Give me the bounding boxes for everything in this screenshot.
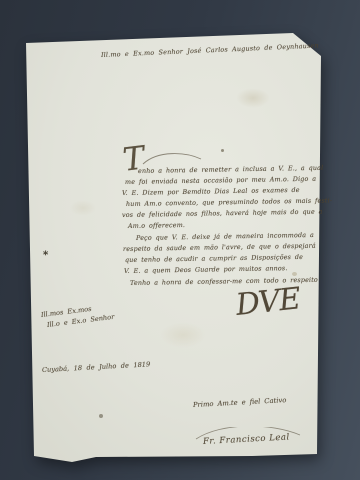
photographed-manuscript: Ill.mo e Ex.mo Senhor José Carlos August…	[0, 0, 360, 480]
foxing-stain	[236, 88, 270, 108]
manuscript-line: Am.o offerecem.	[128, 221, 185, 230]
ink-fleck	[99, 414, 103, 418]
margin-mark: *	[43, 250, 48, 261]
foxing-stain	[70, 200, 96, 216]
closing-monogram: DVE	[234, 281, 301, 323]
foxing-stain	[160, 322, 206, 348]
ink-fleck	[221, 149, 224, 152]
